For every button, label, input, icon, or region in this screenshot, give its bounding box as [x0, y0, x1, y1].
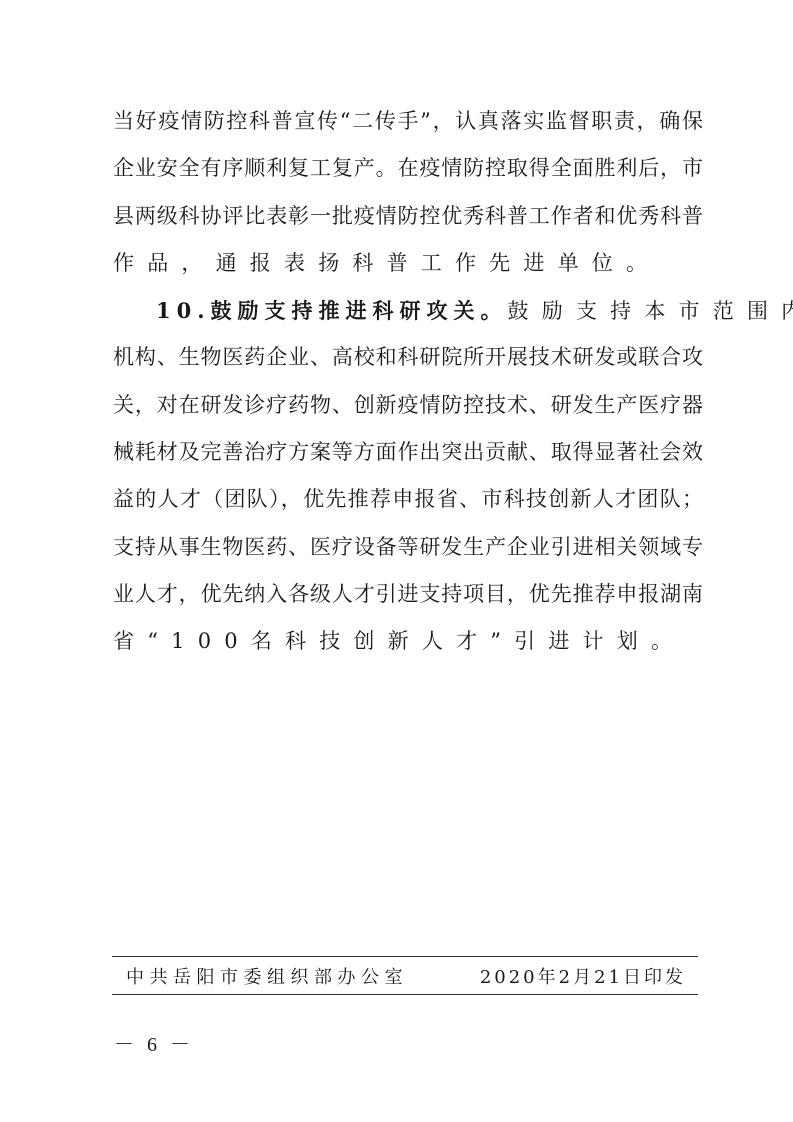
- paragraph-line: 省“100名科技创新人才”引进计划。: [113, 618, 703, 665]
- page-number: － 6 －: [114, 1028, 194, 1057]
- imprint-block: 中共岳阳市委组织部办公室 2020年2月21日印发: [112, 956, 698, 995]
- issuer-name: 中共岳阳市委组织部办公室: [126, 963, 408, 989]
- paragraph-heading-line: 10.鼓励支持推进科研攻关。鼓励支持本市范围内医疗卫生: [113, 287, 703, 334]
- paragraph-line: 支持从事生物医药、医疗设备等研发生产企业引进相关领域专: [113, 524, 703, 571]
- paragraph-line: 关，对在研发诊疗药物、创新疫情防控技术、研发生产医疗器: [113, 382, 703, 429]
- paragraph-line: 企业安全有序顺利复工复产。在疫情防控取得全面胜利后，市: [113, 145, 703, 192]
- paragraph-line: 县两级科协评比表彰一批疫情防控优秀科普工作者和优秀科普: [113, 193, 703, 240]
- document-page: 当好疫情防控科普宣传“二传手”，认真落实监督职责，确保 企业安全有序顺利复工复产…: [0, 0, 793, 1122]
- paragraph-text: 鼓励支持本市范围内医疗卫生: [508, 299, 793, 323]
- paragraph-line: 业人才，优先纳入各级人才引进支持项目，优先推荐申报湖南: [113, 571, 703, 618]
- paragraph-line: 械耗材及完善治疗方案等方面作出突出贡献、取得显著社会效: [113, 429, 703, 476]
- section-heading: 10.鼓励支持推进科研攻关。: [156, 298, 508, 323]
- issue-date: 2020年2月21日印发: [480, 963, 686, 989]
- paragraph-line: 机构、生物医药企业、高校和科研院所开展技术研发或联合攻: [113, 334, 703, 381]
- paragraph-line: 益的人才（团队），优先推荐申报省、市科技创新人才团队；: [113, 476, 703, 523]
- body-text: 当好疫情防控科普宣传“二传手”，认真落实监督职责，确保 企业安全有序顺利复工复产…: [113, 98, 703, 666]
- paragraph-line: 作品，通报表扬科普工作先进单位。: [113, 240, 703, 287]
- paragraph-line: 当好疫情防控科普宣传“二传手”，认真落实监督职责，确保: [113, 98, 703, 145]
